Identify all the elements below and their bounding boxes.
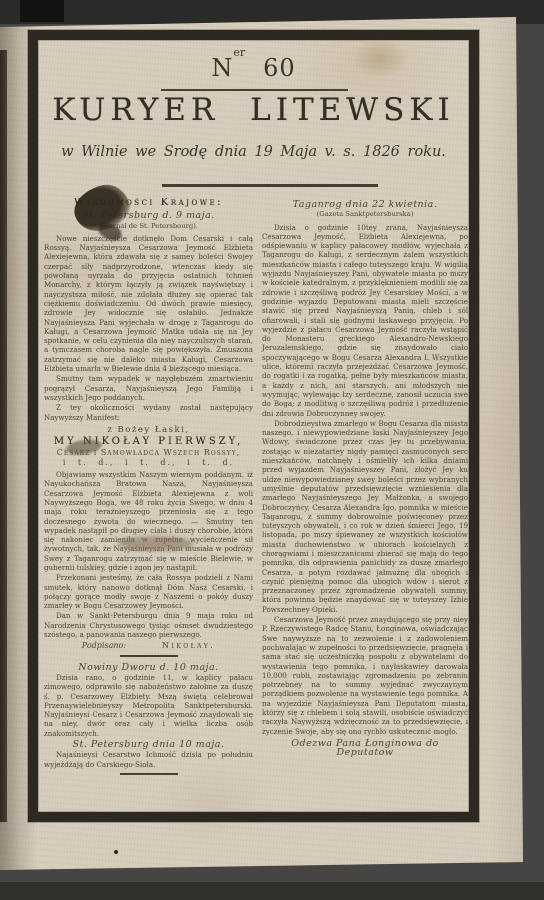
manifest-paragraph: Dan w Sankt-Petersburgu dnia 9 maja roku… [44, 611, 253, 639]
right-column: Taganrog dnia 22 kwietnia. (Gazeta Sankt… [262, 198, 468, 799]
article3-source: (Gazeta Sanktpetersburska) [262, 210, 468, 219]
masthead-dateline: w Wilnie we Srodę dnia 19 Maja v. s. 182… [38, 144, 469, 160]
article3-paragraph: Dobrodzieystwa zmarłego w Bogu Cesarza d… [262, 419, 468, 614]
adjacent-page-edge [0, 50, 7, 822]
scan-black-mark [20, 0, 64, 22]
article2-paragraph: Najaśnieysi Cesarstwo Ichmość dzisia po … [44, 750, 253, 769]
left-column: Wiadomości Krajowe: St. Petersburg d. 9 … [44, 198, 253, 799]
issue-superscript: er [233, 46, 245, 59]
manifest-paragraph: Objawiamy wszystkim Naszym wiernym podda… [44, 470, 253, 572]
article2-paragraph: Dzisia rano, o godzinie 11, w kaplicy pa… [44, 673, 253, 738]
issue-value: 60 [263, 54, 296, 82]
article1-paragraph: Z tey okoliczności wydany został następu… [44, 403, 253, 422]
article3-paragraph: Cesarzowa Jeymość przez znaydującego się… [262, 615, 468, 736]
article3-paragraph: Dzisia o godzinie 10tey zrana, Nayjaśnie… [262, 223, 468, 418]
section-divider-rule [120, 655, 178, 657]
manifest-etcetera: i t. d., i t. d., i t. d. [44, 458, 253, 467]
article3-dateline: Taganrog dnia 22 kwietnia. [262, 200, 468, 209]
manifest-paragraph: Przekonani jesteśmy, że cała Rossya podz… [44, 573, 253, 610]
issue-prefix: N [211, 54, 233, 82]
article1-paragraph: Smutny tam wypadek w naygłębszém zmartwi… [44, 374, 253, 402]
newspaper-page: Ner60 KURYER LITEWSKI w Wilnie we Srodę … [0, 16, 526, 872]
signed-label: Podpisano: [82, 641, 126, 650]
signature-name: Nikołay. [162, 641, 215, 650]
manifest-invocation: z Bożey Łaski, [44, 426, 253, 435]
section-divider-rule [120, 773, 178, 775]
article-columns: Wiadomości Krajowe: St. Petersburg d. 9 … [44, 198, 468, 799]
masthead-rule-bottom [162, 184, 378, 187]
masthead-title: KURYER LITEWSKI [38, 92, 469, 128]
ink-smudge [118, 536, 194, 551]
next-section-heading: Odezwa Pana Łonginowa do Deputatow [262, 739, 468, 758]
article2-heading: Nowiny Dworu d. 10 maja. [44, 663, 253, 672]
masthead-rule-top [161, 89, 348, 91]
article2-dateline: St. Petersburg dnia 10 maja. [44, 740, 253, 749]
scanner-background: Ner60 KURYER LITEWSKI w Wilnie we Srodę … [0, 0, 544, 900]
paper-stain [352, 38, 408, 78]
signature-line: Podpisano: Nikołay. [44, 641, 253, 650]
scan-bottom-strip [0, 882, 544, 900]
paper-speck [114, 850, 118, 854]
article1-source: (Journal de St. Petersbourg). [44, 222, 253, 231]
article1-paragraph: Nowe nieszczęście dotknęło Dom Cesarski … [44, 234, 253, 373]
